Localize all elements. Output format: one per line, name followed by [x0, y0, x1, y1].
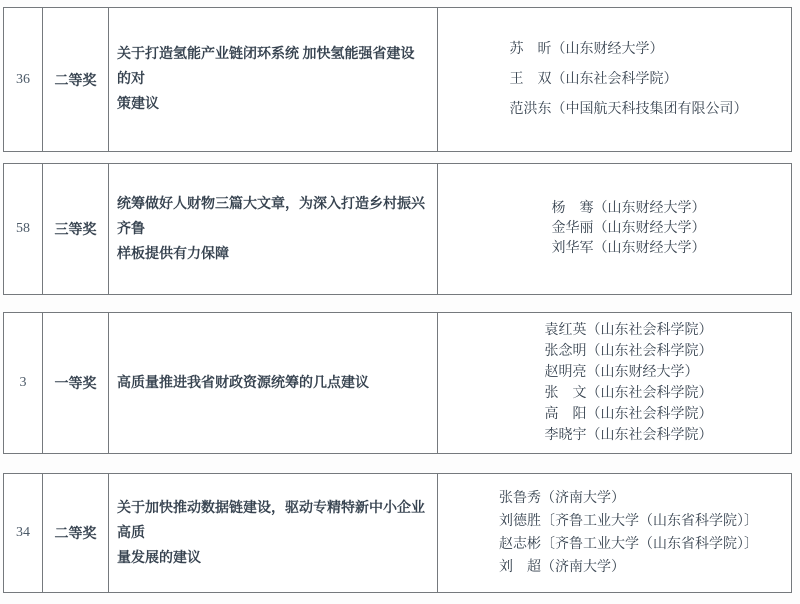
- table-row: 58 三等奖 统筹做好人财物三篇大文章，为深入打造乡村振兴齐鲁 样板提供有力保障…: [3, 163, 792, 295]
- serial-number-cell: 34: [4, 474, 43, 592]
- table-row: 36 二等奖 关于打造氢能产业链闭环系统 加快氢能强省建设的对 策建议 苏 昕（…: [3, 7, 792, 152]
- award-level-cell: 二等奖: [43, 8, 109, 151]
- award-level-cell: 二等奖: [43, 474, 109, 592]
- table-row: 3 一等奖 高质量推进我省财政资源统筹的几点建议 袁红英（山东社会科学院） 张念…: [3, 312, 792, 454]
- achievement-title-cell: 高质量推进我省财政资源统筹的几点建议: [109, 313, 438, 453]
- award-level-cell: 三等奖: [43, 164, 109, 294]
- award-level-cell: 一等奖: [43, 313, 109, 453]
- achievement-title-cell: 关于加快推动数据链建设，驱动专精特新中小企业高质 量发展的建议: [109, 474, 438, 592]
- achievement-title-cell: 统筹做好人财物三篇大文章，为深入打造乡村振兴齐鲁 样板提供有力保障: [109, 164, 438, 294]
- authors-cell: 袁红英（山东社会科学院） 张念明（山东社会科学院） 赵明亮（山东财经大学） 张 …: [438, 313, 791, 453]
- awards-table-page: 36 二等奖 关于打造氢能产业链闭环系统 加快氢能强省建设的对 策建议 苏 昕（…: [0, 0, 800, 604]
- authors-list: 袁红英（山东社会科学院） 张念明（山东社会科学院） 赵明亮（山东财经大学） 张 …: [545, 320, 713, 446]
- authors-list: 张鲁秀（济南大学） 刘德胜〔齐鲁工业大学（山东省科学院）〕 赵志彬〔齐鲁工业大学…: [499, 487, 758, 579]
- table-row: 34 二等奖 关于加快推动数据链建设，驱动专精特新中小企业高质 量发展的建议 张…: [3, 473, 792, 593]
- authors-cell: 杨 骞（山东财经大学） 金华丽（山东财经大学） 刘华军（山东财经大学）: [438, 164, 791, 294]
- serial-number-cell: 3: [4, 313, 43, 453]
- serial-number-cell: 58: [4, 164, 43, 294]
- authors-cell: 张鲁秀（济南大学） 刘德胜〔齐鲁工业大学（山东省科学院）〕 赵志彬〔齐鲁工业大学…: [438, 474, 791, 592]
- authors-cell: 苏 昕（山东财经大学） 王 双（山东社会科学院） 范洪东（中国航天科技集团有限公…: [438, 8, 791, 151]
- serial-number-cell: 36: [4, 8, 43, 151]
- authors-list: 杨 骞（山东财经大学） 金华丽（山东财经大学） 刘华军（山东财经大学）: [552, 199, 706, 259]
- achievement-title-cell: 关于打造氢能产业链闭环系统 加快氢能强省建设的对 策建议: [109, 8, 438, 151]
- authors-list: 苏 昕（山东财经大学） 王 双（山东社会科学院） 范洪东（中国航天科技集团有限公…: [510, 35, 748, 125]
